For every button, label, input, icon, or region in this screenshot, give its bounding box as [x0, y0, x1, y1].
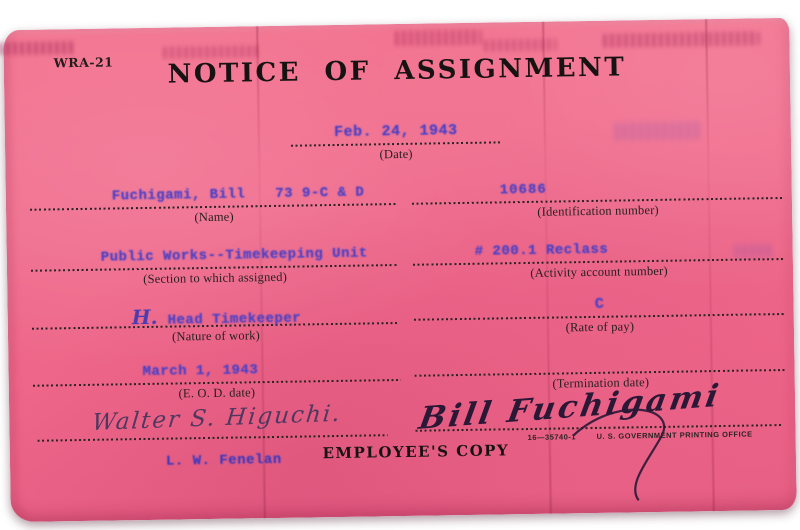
- form-paper: WRA-21 NOTICE OF ASSIGNMENT Feb. 24, 194…: [3, 18, 797, 522]
- ink-smudge: [163, 45, 261, 59]
- gpo-office-text: U. S. GOVERNMENT PRINTING OFFICE: [597, 429, 753, 440]
- ink-smudge: [603, 31, 759, 47]
- nature-of-work-handwriting: H.: [132, 305, 158, 329]
- rate-of-pay-label: (Rate of pay): [414, 317, 786, 338]
- activity-account-stamp: # 200.1 Reclass: [475, 242, 609, 260]
- ink-smudge: [0, 41, 76, 55]
- field-identification-number: 10686 (Identification number): [412, 176, 785, 222]
- field-rate-of-pay: C (Rate of pay): [413, 292, 786, 338]
- field-nature-of-work: H. Head Timekeeper (Nature of work): [32, 301, 401, 347]
- field-activity-account-number: # 200.1 Reclass (Activity account number…: [413, 237, 786, 283]
- scanned-document: WRA-21 NOTICE OF ASSIGNMENT Feb. 24, 194…: [0, 0, 800, 530]
- employees-copy-label: EMPLOYEE'S COPY: [316, 441, 516, 462]
- eod-date-stamp: March 1, 1943: [142, 362, 258, 380]
- date-stamp: Feb. 24, 1943: [334, 122, 458, 141]
- section-stamp: Public Works--Timekeeping Unit: [101, 246, 368, 266]
- date-label: (Date): [291, 145, 501, 163]
- gpo-number: 16—35740-1: [528, 432, 577, 442]
- supervisor-signature: Walter S. Higuchi.: [90, 399, 389, 440]
- ink-smudge: [484, 39, 556, 52]
- form-title: NOTICE OF ASSIGNMENT: [4, 50, 790, 92]
- activity-account-label: (Activity account number): [413, 262, 785, 283]
- employee-signature-block: Bill Fuchigami 16—35740-1 U. S. GOVERNME…: [415, 384, 782, 444]
- section-label: (Section to which assigned): [31, 268, 399, 289]
- ink-smudge: [615, 121, 699, 140]
- field-name: Fuchigami, Bill 73 9-C & D (Name): [30, 182, 399, 228]
- rate-of-pay-stamp: C: [595, 296, 605, 313]
- name-label: (Name): [30, 207, 398, 228]
- field-date: Feb. 24, 1943 (Date): [291, 120, 502, 163]
- nature-of-work-label: (Nature of work): [32, 326, 400, 347]
- ink-smudge: [395, 30, 481, 46]
- identification-number-label: (Identification number): [412, 201, 784, 222]
- field-section: Public Works--Timekeeping Unit (Section …: [31, 243, 400, 289]
- nature-of-work-stamp: Head Timekeeper: [168, 311, 302, 329]
- name-stamp: Fuchigami, Bill: [112, 186, 246, 204]
- identification-number-stamp: 10686: [500, 182, 547, 199]
- field-eod-date: March 1, 1943 (E. O. D. date): [32, 358, 401, 404]
- name-unit-stamp: 73 9-C & D: [275, 185, 364, 202]
